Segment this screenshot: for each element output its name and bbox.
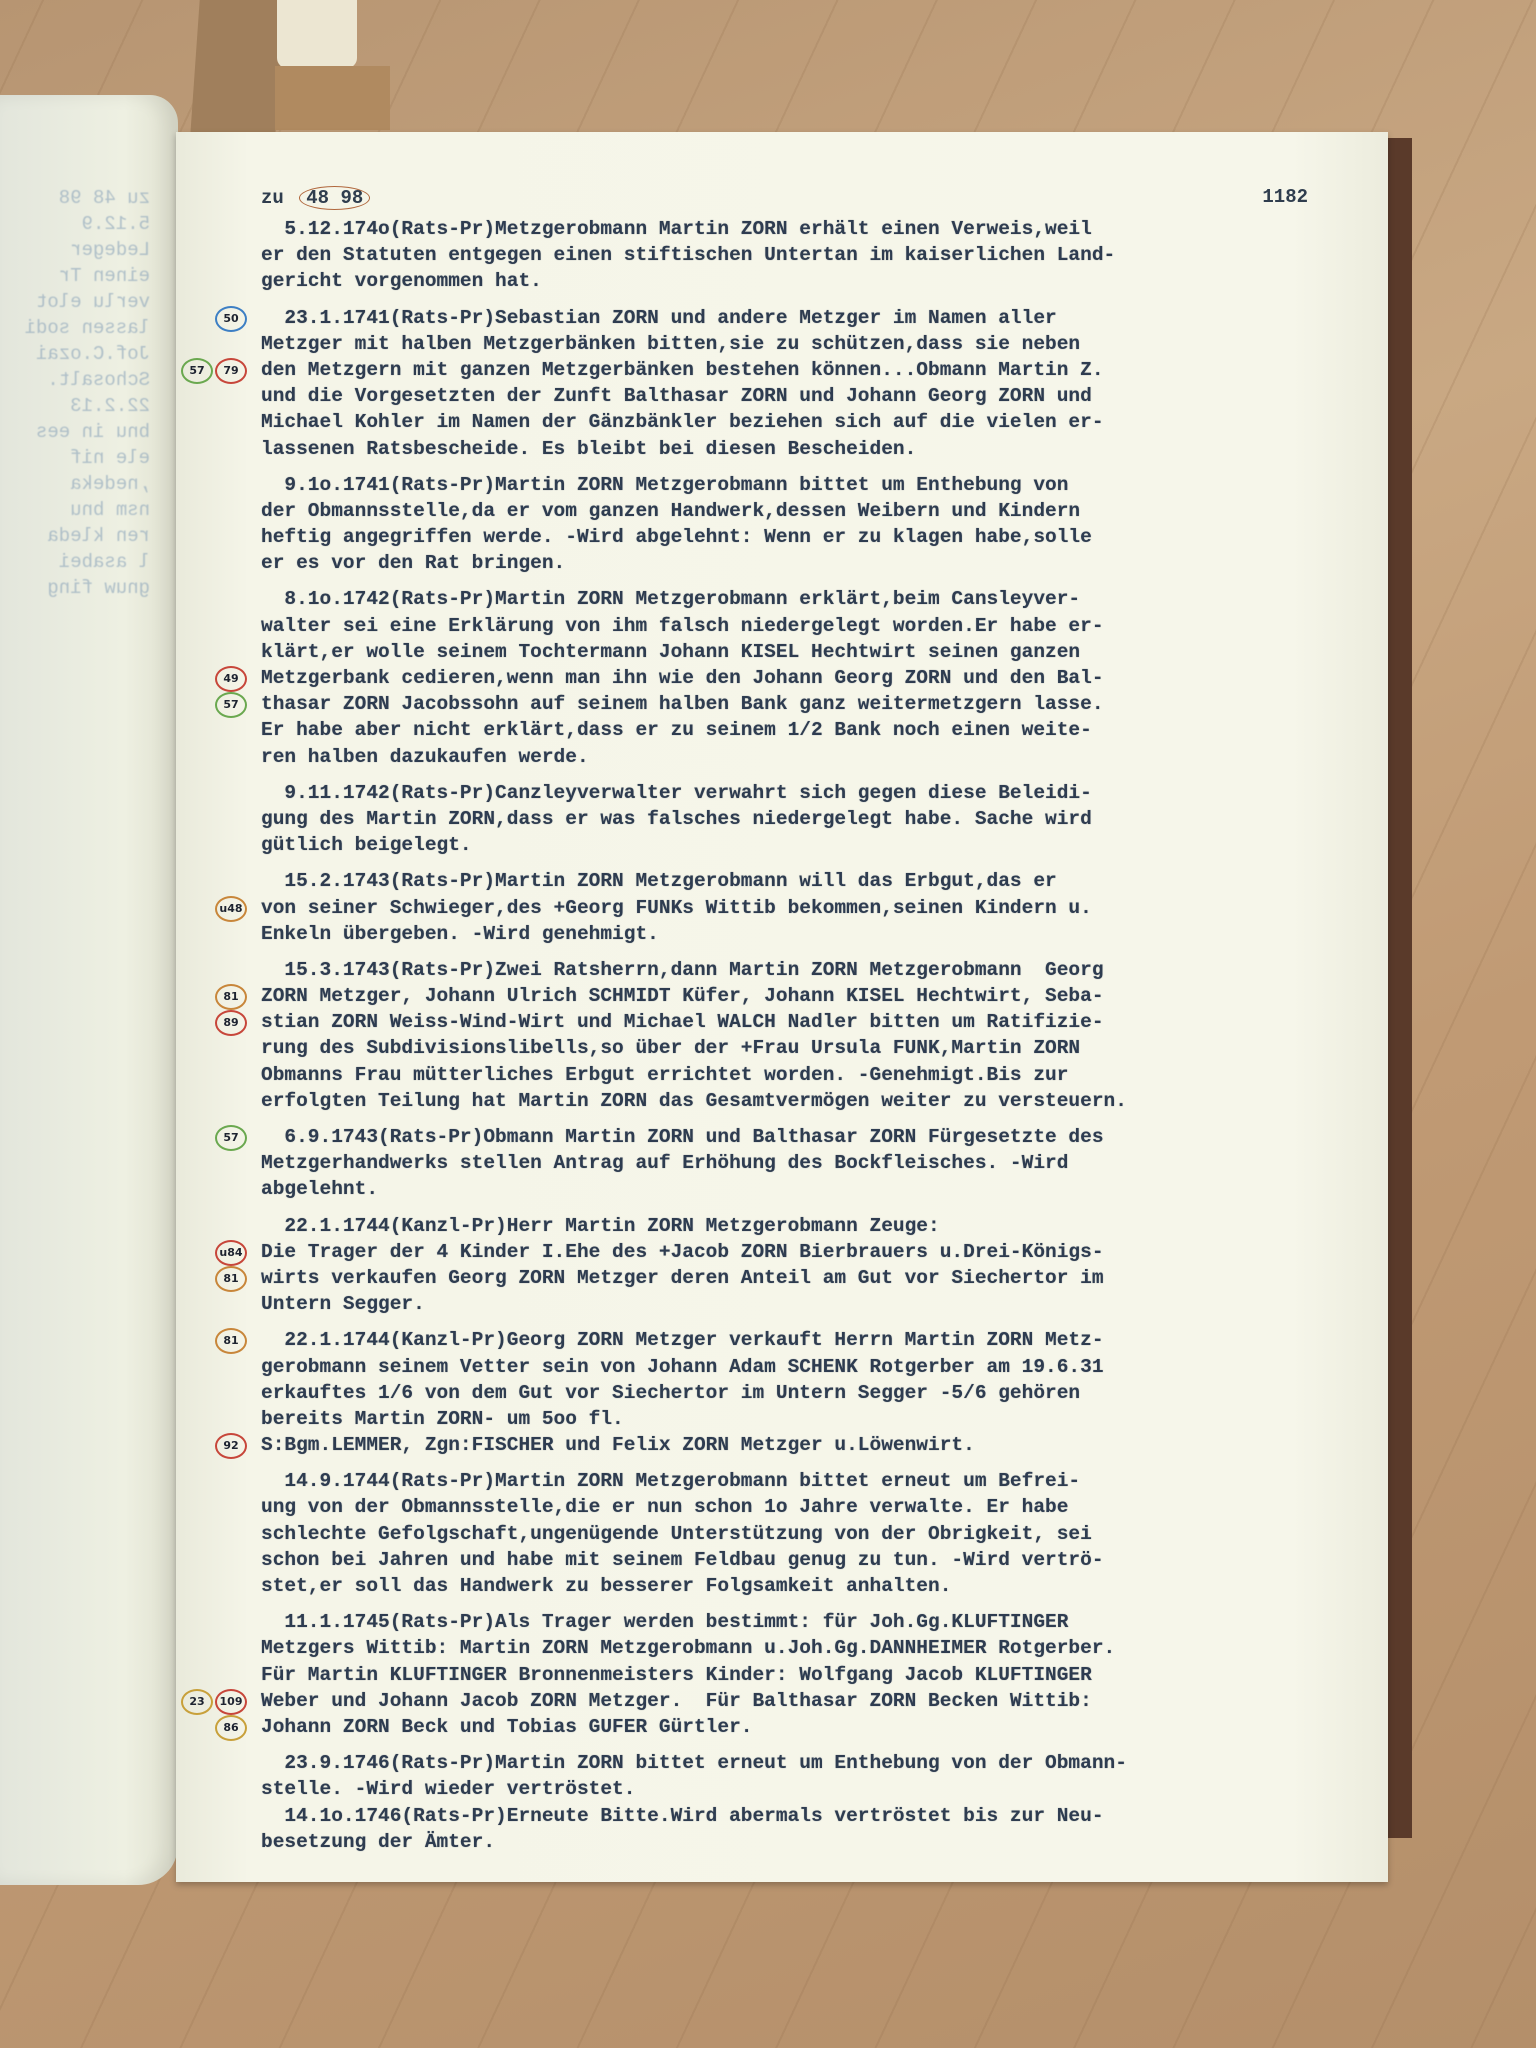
text-line: 22.1.1744(Kanzl-Pr)Georg ZORN Metzger ve…	[261, 1327, 1361, 1353]
text-line: 6.9.1743(Rats-Pr)Obmann Martin ZORN und …	[261, 1124, 1361, 1150]
text-line: Die Trager der 4 Kinder I.Ehe des +Jacob…	[261, 1239, 1361, 1265]
text-line: S:Bgm.LEMMER, Zgn:FISCHER und Felix ZORN…	[261, 1432, 1361, 1458]
text-line: gung des Martin ZORN,dass er was falsche…	[261, 806, 1361, 832]
bookmark-tabs	[195, 0, 395, 135]
text-line: schon bei Jahren und habe mit seinem Fel…	[261, 1547, 1361, 1573]
record-entry: 9.11.1742(Rats-Pr)Canzleyverwalter verwa…	[261, 780, 1361, 859]
reference-number: 48	[306, 187, 329, 209]
text-line: Weber und Johann Jacob ZORN Metzger. Für…	[261, 1688, 1361, 1714]
text-line: Metzgers Wittib: Martin ZORN Metzgerobma…	[261, 1635, 1361, 1661]
record-entry: 15.3.1743(Rats-Pr)Zwei Ratsherrn,dann Ma…	[261, 957, 1361, 1114]
record-entry: 15.2.1743(Rats-Pr)Martin ZORN Metzgerobm…	[261, 868, 1361, 947]
reference-number: 98	[340, 187, 363, 209]
text-line: gericht vorgenommen hat.	[261, 268, 1361, 294]
text-line: Michael Kohler im Namen der Gänzbänkler …	[261, 409, 1361, 435]
text-line: der Obmannsstelle,da er vom ganzen Handw…	[261, 498, 1361, 524]
text-line: walter sei eine Erklärung von ihm falsch…	[261, 613, 1361, 639]
text-line: wirts verkaufen Georg ZORN Metzger deren…	[261, 1265, 1361, 1291]
margin-note-circle: 81	[215, 1328, 247, 1354]
text-line: Obmanns Frau mütterliches Erbgut erricht…	[261, 1062, 1361, 1088]
text-line: erkauftes 1/6 von dem Gut vor Siechertor…	[261, 1380, 1361, 1406]
record-entry: 9.1o.1741(Rats-Pr)Martin ZORN Metzgerobm…	[261, 472, 1361, 577]
margin-note-circle: u48	[215, 896, 247, 922]
text-line: 8.1o.1742(Rats-Pr)Martin ZORN Metzgerobm…	[261, 586, 1361, 612]
text-line: thasar ZORN Jacobssohn auf seinem halben…	[261, 691, 1361, 717]
page-number: 1182	[1262, 186, 1308, 208]
text-line: Metzgerbank cedieren,wenn man ihn wie de…	[261, 665, 1361, 691]
record-entry: 6.9.1743(Rats-Pr)Obmann Martin ZORN und …	[261, 1124, 1361, 1203]
margin-note-circle: 23	[181, 1689, 213, 1715]
text-line: 9.11.1742(Rats-Pr)Canzleyverwalter verwa…	[261, 780, 1361, 806]
text-line: 5.12.174o(Rats-Pr)Metzgerobmann Martin Z…	[261, 216, 1361, 242]
text-line: 14.9.1744(Rats-Pr)Martin ZORN Metzgerobm…	[261, 1468, 1361, 1494]
text-line: lassenen Ratsbescheide. Es bleibt bei di…	[261, 436, 1361, 462]
circled-reference: 48 98	[299, 186, 370, 210]
text-line: 23.9.1746(Rats-Pr)Martin ZORN bittet ern…	[261, 1750, 1361, 1776]
record-entry: 8.1o.1742(Rats-Pr)Martin ZORN Metzgerobm…	[261, 586, 1361, 769]
reference-prefix: zu	[261, 187, 284, 209]
margin-note-circle: 86	[215, 1715, 247, 1741]
show-through-text: zu 48 98 5.12.9 Ledeger einen Tr verlu e…	[0, 185, 150, 601]
text-line: Für Martin KLUFTINGER Bronnenmeisters Ki…	[261, 1662, 1361, 1688]
text-line: Metzgerhandwerks stellen Antrag auf Erhö…	[261, 1150, 1361, 1176]
text-line: 9.1o.1741(Rats-Pr)Martin ZORN Metzgerobm…	[261, 472, 1361, 498]
text-line: abgelehnt.	[261, 1176, 1361, 1202]
text-line: 15.3.1743(Rats-Pr)Zwei Ratsherrn,dann Ma…	[261, 957, 1361, 983]
text-line: erfolgten Teilung hat Martin ZORN das Ge…	[261, 1088, 1361, 1114]
text-line: stet,er soll das Handwerk zu besserer Fo…	[261, 1573, 1361, 1599]
margin-note-circle: 57	[215, 1125, 247, 1151]
text-line: den Metzgern mit ganzen Metzgerbänken be…	[261, 357, 1361, 383]
margin-note-circle: 92	[215, 1433, 247, 1459]
record-entry: 5.12.174o(Rats-Pr)Metzgerobmann Martin Z…	[261, 216, 1361, 295]
margin-note-circle: 50	[215, 306, 247, 332]
cross-reference: zu 48 98	[261, 186, 370, 210]
margin-note-circle: u84	[215, 1240, 247, 1266]
text-line: Johann ZORN Beck und Tobias GUFER Gürtle…	[261, 1714, 1361, 1740]
record-entry: 22.1.1744(Kanzl-Pr)Herr Martin ZORN Metz…	[261, 1213, 1361, 1318]
margin-note-circle: 49	[215, 666, 247, 692]
margin-note-circle: 89	[215, 1010, 247, 1036]
text-line: und die Vorgesetzten der Zunft Balthasar…	[261, 383, 1361, 409]
record-entry: 14.9.1744(Rats-Pr)Martin ZORN Metzgerobm…	[261, 1468, 1361, 1599]
text-line: 23.1.1741(Rats-Pr)Sebastian ZORN und and…	[261, 305, 1361, 331]
margin-note-circle: 79	[215, 358, 247, 384]
text-line: er es vor den Rat bringen.	[261, 550, 1361, 576]
text-line: heftig angegriffen werde. -Wird abgelehn…	[261, 524, 1361, 550]
text-line: gerobmann seinem Vetter sein von Johann …	[261, 1354, 1361, 1380]
margin-note-circle: 57	[181, 358, 213, 384]
text-line: Er habe aber nicht erklärt,dass er zu se…	[261, 717, 1361, 743]
text-line: ung von der Obmannsstelle,die er nun sch…	[261, 1494, 1361, 1520]
text-line: von seiner Schwieger,des +Georg FUNKs Wi…	[261, 895, 1361, 921]
text-line: Enkeln übergeben. -Wird genehmigt.	[261, 921, 1361, 947]
margin-note-circle: 57	[215, 692, 247, 718]
text-line: 11.1.1745(Rats-Pr)Als Trager werden best…	[261, 1609, 1361, 1635]
page-header: zu 48 98 1182	[261, 186, 1308, 216]
margin-note-circle: 81	[215, 1266, 247, 1292]
record-entry: 23.9.1746(Rats-Pr)Martin ZORN bittet ern…	[261, 1750, 1361, 1855]
text-line: schlechte Gefolgschaft,ungenügende Unter…	[261, 1521, 1361, 1547]
text-line: klärt,er wolle seinem Tochtermann Johann…	[261, 639, 1361, 665]
paper-tab	[277, 0, 357, 68]
text-line: er den Statuten entgegen einen stiftisch…	[261, 242, 1361, 268]
text-line: Metzger mit halben Metzgerbänken bitten,…	[261, 331, 1361, 357]
text-line: rung des Subdivisionslibells,so über der…	[261, 1035, 1361, 1061]
text-line: 15.2.1743(Rats-Pr)Martin ZORN Metzgerobm…	[261, 868, 1361, 894]
record-entry: 23.1.1741(Rats-Pr)Sebastian ZORN und and…	[261, 305, 1361, 462]
text-line: ren halben dazukaufen werde.	[261, 744, 1361, 770]
typewritten-page: zu 48 98 1182 5.12.174o(Rats-Pr)Metzgero…	[176, 132, 1388, 1882]
text-line: gütlich beigelegt.	[261, 832, 1361, 858]
text-line: stian ZORN Weiss-Wind-Wirt und Michael W…	[261, 1009, 1361, 1035]
book-cover-edge	[1386, 138, 1412, 1838]
text-line: 22.1.1744(Kanzl-Pr)Herr Martin ZORN Metz…	[261, 1213, 1361, 1239]
record-entry: 11.1.1745(Rats-Pr)Als Trager werden best…	[261, 1609, 1361, 1740]
text-line: stelle. -Wird wieder vertröstet.	[261, 1776, 1361, 1802]
margin-note-circle: 81	[215, 984, 247, 1010]
text-line: besetzung der Ämter.	[261, 1829, 1361, 1855]
text-line: 14.1o.1746(Rats-Pr)Erneute Bitte.Wird ab…	[261, 1803, 1361, 1829]
entries-list: 5.12.174o(Rats-Pr)Metzgerobmann Martin Z…	[261, 216, 1361, 1865]
bookmark-tab	[275, 66, 390, 130]
margin-note-circle: 109	[215, 1689, 247, 1715]
record-entry: 22.1.1744(Kanzl-Pr)Georg ZORN Metzger ve…	[261, 1327, 1361, 1458]
text-line: Untern Segger.	[261, 1291, 1361, 1317]
text-line: ZORN Metzger, Johann Ulrich SCHMIDT Küfe…	[261, 983, 1361, 1009]
text-line: bereits Martin ZORN- um 5oo fl.	[261, 1406, 1361, 1432]
left-facing-page: zu 48 98 5.12.9 Ledeger einen Tr verlu e…	[0, 95, 178, 1885]
bookmark-tab	[190, 0, 284, 135]
